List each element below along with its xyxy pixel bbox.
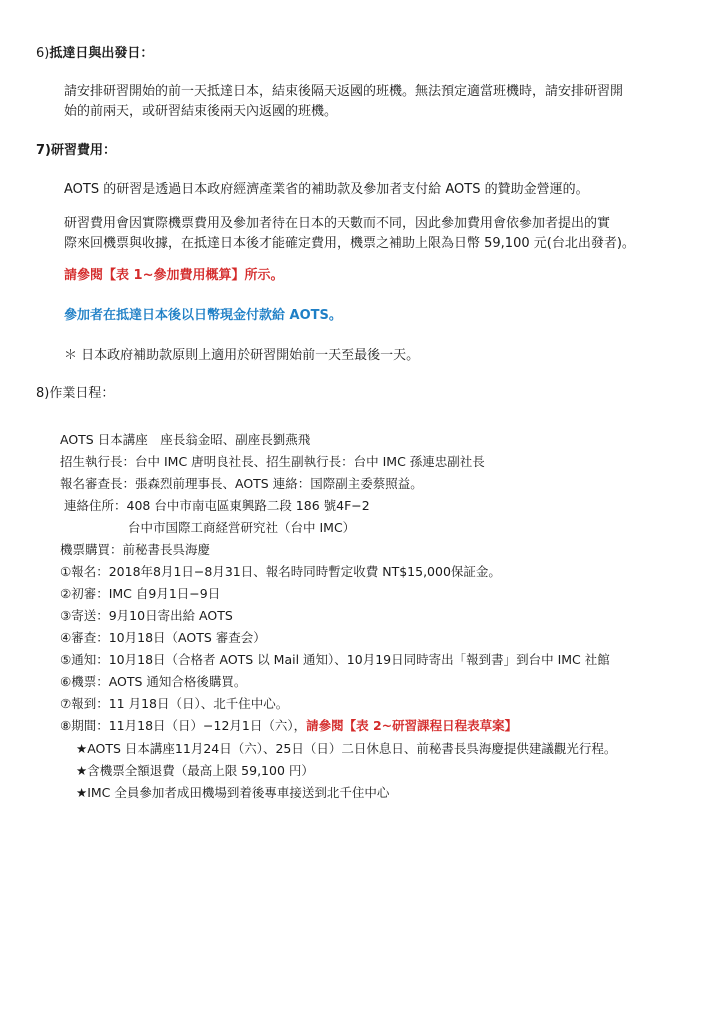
section-8-title: 作業日程： — [49, 386, 114, 401]
section-7-para-2-line-1: 研習費用會因實際機票費用及參加者待在日本的天數而不同，因此參加費用會依參加者提出… — [64, 216, 610, 232]
section-7-title: 研習費用： — [51, 143, 116, 158]
organizer-line: AOTS 日本講座 座長翁金昭、副座長劉燕飛 — [60, 432, 310, 448]
address-line: 連絡住所：408 台中市南屯區東興路二段 186 號4F−2 — [64, 498, 370, 514]
section-6-title: 抵達日與出發日： — [49, 46, 153, 61]
note-refund: ★含機票全額退費（最高上限 59,100 円） — [76, 763, 314, 779]
step-4-review: ④審查：10月18日（AOTS 審查会） — [60, 630, 266, 646]
step-7-check-in: ⑦報到：11 月18日（日）、北千住中心。 — [60, 696, 288, 712]
payment-note: 參加者在抵達日本後以日幣現金付款給 AOTS。 — [64, 308, 342, 324]
section-7-heading: 7)研習費用： — [36, 143, 116, 159]
step-6-ticket: ⑥機票：AOTS 通知合格後購買。 — [60, 674, 246, 690]
section-6-number: 6) — [36, 46, 49, 61]
reviewer-line: 報名審查長：張森烈前理事長、AOTS 連絡：国際副主委蔡照益。 — [60, 476, 423, 492]
section-8-heading: 8)作業日程： — [36, 386, 114, 402]
section-7-para-2-line-2: 際來回機票與收據，在抵達日本後才能確定費用，機票之補助上限為日幣 59,100 … — [64, 236, 635, 252]
step-5-notification: ⑤通知：10月18日（合格者 AOTS 以 Mail 通知）、10月19日同時寄… — [60, 652, 610, 668]
step-8-period: ⑧期間：11月18日（日）−12月1日（六），請參閱【表 2~研習課程日程表草案… — [60, 718, 517, 734]
step-3-dispatch: ③寄送：9月10日寄出給 AOTS — [60, 608, 233, 624]
fee-table-reference: 請參閱【表 1~參加費用概算】所示。 — [64, 268, 283, 284]
note-rest-days: ★AOTS 日本講座11月24日（六）、25日（日）二日休息日、前秘書長呉海慶提… — [76, 741, 616, 757]
executive-line: 招生執行長：台中 IMC 唐明良社長、招生副執行長：台中 IMC 孫連忠副社長 — [60, 454, 485, 470]
ticket-purchase-line: 機票購買：前秘書長呉海慶 — [60, 542, 210, 558]
section-6-body-line-1: 請安排研習開始的前一天抵達日本，結束後隔天返國的班機。無法預定適當班機時，請安排… — [64, 84, 623, 100]
subsidy-footnote: ＊ 日本政府補助款原則上適用於研習開始前一天至最後一天。 — [64, 348, 419, 364]
section-6-heading: 6)抵達日與出發日： — [36, 46, 153, 62]
section-6-body-line-2: 始的前兩天，或研習結束後兩天內返國的班機。 — [64, 104, 337, 120]
step-1-registration: ①報名：2018年8月1日−8月31日、報名時同時暫定收費 NT$15,000保… — [60, 564, 501, 580]
step-2-screening: ②初審：IMC 自9月1日−9日 — [60, 586, 220, 602]
section-7-para-1: AOTS 的研習是透過日本政府經濟產業省的補助款及參加者支付給 AOTS 的贊助… — [64, 182, 589, 198]
step-8-period-text: ⑧期間：11月18日（日）−12月1日（六）， — [60, 718, 306, 733]
schedule-table-reference: 請參閱【表 2~研習課程日程表草案】 — [306, 718, 517, 733]
section-8-number: 8) — [36, 386, 49, 401]
note-transfer: ★IMC 全員參加者成田機場到着後專車接送到北千住中心 — [76, 785, 389, 801]
organization-line: 台中市国際工商経営研究社（台中 IMC） — [128, 520, 355, 536]
section-7-number: 7) — [36, 143, 51, 158]
